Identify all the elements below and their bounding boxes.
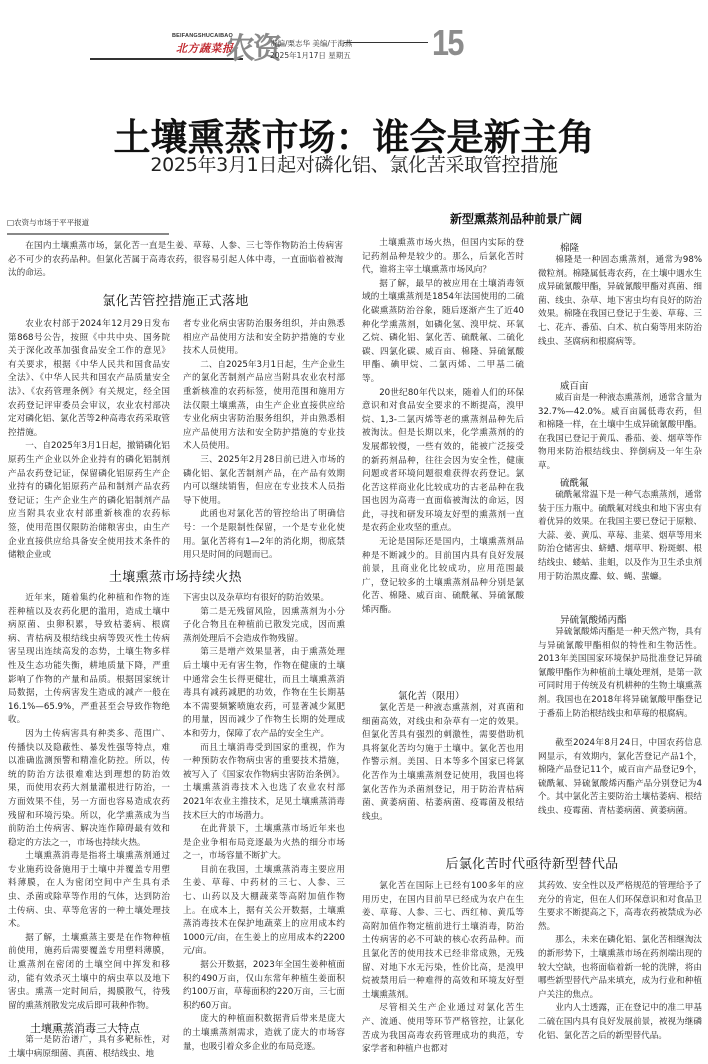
section2-column-2: 下害虫以及杂草均有很好的防治效果。 第二是无残留风险，因熏蒸剂为小分子化合物且在… (183, 592, 345, 1054)
byline-rule (7, 233, 169, 235)
product-text-aitc: 异硫氰酸烯丙酯是一种天然产物，具有与异硫氰酸甲酯相似的特性和生物活性。2013年… (538, 626, 702, 721)
section2-column-1: 近年来，随着集约化种植和作物的连茬种植以及农药化肥的滥用，造成土壤中病原菌、虫卵… (8, 592, 170, 1013)
subheadline: 2025年3月1日起对磷化铝、氯化苦采取管控措施 (0, 150, 708, 177)
paper-pinyin: BEIFANGSHUCAIBAO (172, 33, 233, 39)
paragraph: 此函也对氯化苦的管控给出了明确信号：一个是限制性保留，一个是专业化使用。氯化苦将… (183, 508, 345, 562)
paragraph: 20世纪80年代以来，随着人们的环保意识和对食品安全要求的不断提高，溴甲烷、1,… (362, 387, 524, 537)
section3-column-1: 土壤熏蒸市场火热，但国内实际的登记药剂品种是较少的。那么，后氯化苦时代，谁将主宰… (362, 237, 524, 618)
paragraph: 氯化苦在国际上已经有100多年的应用历史，在国内目前早已经成为农户在生姜、草莓、… (362, 880, 524, 1002)
product-text-chloropicrin: 氯化苦是一种液态熏蒸剂，对真菌和细菌高效，对线虫和杂草有一定的效果。但氯化苦具有… (362, 702, 524, 824)
paragraph: 业内人士透露，正在登记中的准二甲基二硫在国内具有良好发展前景，被视为继磷化铝、氯… (538, 1002, 702, 1043)
section-title-alternatives: 后氯化苦时代亟待新型替代品 (362, 853, 702, 872)
issue-date: 2025年1月17日 星期五 (270, 50, 351, 61)
section4-column-1: 氯化苦在国际上已经有100多年的应用历史，在国内目前早已经成为农户在生姜、草莓、… (362, 880, 524, 1057)
registration-summary: 截至2024年8月24日，中国农药信息网显示，有效期内，氯化苦登记产品1个，棉隆… (538, 737, 702, 819)
paragraph: 土壤熏蒸市场火热，但国内实际的登记药剂品种是较少的。那么，后氯化苦时代，谁将主宰… (362, 237, 524, 278)
product-title-sulfuryl-fluoride: 硫酰氟 (560, 475, 589, 489)
section-title-new-fumigants: 新型熏蒸剂品种前景广阔 (450, 210, 582, 227)
product-title-chloropicrin: 氯化苦（限用） (398, 688, 465, 702)
byline: □农资与市场于平平报道 (7, 217, 89, 228)
paragraph: 因为土传病害具有种类多、范围广、传播快以及隐蔽性、暴发性强等特点，难以准确监测预… (8, 728, 170, 850)
product-text-sulfuryl-fluoride: 硫酰氟常温下是一种气态熏蒸剂，通常装于压力瓶中。硫酰氟对线虫和地下害虫有着优异的… (538, 489, 702, 584)
masthead: BEIFANGSHUCAIBAO 北方蔬菜报 农资 责编/栗志华 美编/于海燕 … (0, 0, 708, 80)
section4-column-2: 其药效、安全性以及严格规范的管理给予了充分的肯定，但在人们环保意识和对食品卫生要… (538, 880, 702, 1043)
intro-text: 在国内土壤熏蒸市场，氯化苦一直是生姜、草莓、人参、三七等作物防治土传病害必不可少… (8, 240, 343, 281)
intro-paragraph: 在国内土壤熏蒸市场，氯化苦一直是生姜、草莓、人参、三七等作物防治土传病害必不可少… (8, 240, 343, 281)
paragraph: 二、自2025年3月1日起，生产企业生产的氯化苦制剂产品应当附具农业农村部重新核… (183, 359, 345, 454)
product-title-aitc: 异硫氰酸烯丙酯 (560, 612, 627, 626)
paragraph: 近年来，随着集约化种植和作物的连茬种植以及农药化肥的滥用，造成土壤中病原菌、虫卵… (8, 592, 170, 728)
paragraph: 氯化苦是一种液态熏蒸剂，对真菌和细菌高效，对线虫和杂草有一定的效果。但氯化苦具有… (362, 702, 524, 824)
paragraph: 尽管相关生产企业通过对氯化苦生产、流通、使用等环节严格管控，让氯化苦成为我国高毒… (362, 1002, 524, 1056)
masthead-rule-left (90, 58, 243, 60)
editors-credit: 责编/栗志华 美编/于海燕 (270, 38, 352, 49)
paragraph: 据公开数据，2023年全国生姜种植面积约490万亩，仅山东常年种植生姜面积约10… (183, 959, 345, 1013)
page-number: 15 (432, 22, 463, 64)
paper-logo: 北方蔬菜报 (176, 40, 234, 56)
section2-column-1-tail: 第一是防治谱广，具有多靶标性，对土壤中病原细菌、真菌、根结线虫、地 (8, 1034, 170, 1061)
section1-column-1: 农业农村部于2024年12月29日发布第868号公告，按照《中共中央、国务院关于… (8, 318, 170, 563)
paragraph: 者专业化病虫害防治服务组织，并由熟悉相应产品使用方法和安全防护措施的专业技术人员… (183, 318, 345, 359)
paragraph: 硫酰氟常温下是一种气态熏蒸剂，通常装于压力瓶中。硫酰氟对线虫和地下害虫有着优异的… (538, 489, 702, 584)
product-title-metam: 威百亩 (560, 378, 589, 392)
paragraph: 庞大的种植面积数据背后带来是庞大的土壤熏蒸剂需求，造就了庞大的市场容量，也吸引着… (183, 1013, 345, 1054)
masthead-rule-right (344, 42, 428, 43)
paragraph: 一、自2025年3月1日起，撤销磷化铝原药生产企业以外企业持有的磷化铝制剂产品农… (8, 440, 170, 562)
paragraph: 第一是防治谱广，具有多靶标性，对土壤中病原细菌、真菌、根结线虫、地 (8, 1034, 170, 1061)
paragraph: 在此背景下，土壤熏蒸市场近年来也是企业争相布局竞逐最为火热的细分市场之一，市场容… (183, 823, 345, 864)
paragraph: 第三是增产效果显著，由于熏蒸处理后土壤中无有害生物，作物在健康的土壤中通常会生长… (183, 646, 345, 741)
paragraph: 下害虫以及杂草均有很好的防治效果。 (183, 592, 345, 606)
paragraph: 威百亩是一种液态熏蒸剂，通常含量为32.7%—42.0%。威百亩属低毒农药，但和… (538, 392, 702, 474)
paragraph: 目前在我国，土壤熏蒸消毒主要应用生姜、草莓、中药材的三七、人参、三七、山药以及大… (183, 864, 345, 959)
paragraph: 据了解，最早的被应用在土壤消毒领域的土壤熏蒸剂是1854年法国使用的二硫化碳熏蒸… (362, 278, 524, 387)
product-text-metam: 威百亩是一种液态熏蒸剂，通常含量为32.7%—42.0%。威百亩属低毒农药，但和… (538, 392, 702, 474)
paragraph: 农业农村部于2024年12月29日发布第868号公告，按照《中共中央、国务院关于… (8, 318, 170, 440)
paragraph: 土壤熏蒸消毒是指将土壤熏蒸剂通过专业施药设备施用于土壤中并覆盖专用塑料薄膜，在人… (8, 850, 170, 932)
product-title-dazomet: 棉隆 (560, 240, 579, 254)
paragraph: 三、2025年2月28日前已进入市场的磷化铝、氯化苦制剂产品，在产品有效期内可以… (183, 454, 345, 508)
section-title-market-hot: 土壤熏蒸市场持续火热 (8, 566, 343, 585)
paragraph: 第二是无残留风险，因熏蒸剂为小分子化合物且在种植前已散发完成，因而熏蒸剂处理后不… (183, 606, 345, 647)
paragraph: 其药效、安全性以及严格规范的管理给予了充分的肯定，但在人们环保意识和对食品卫生要… (538, 880, 702, 934)
section1-column-2: 者专业化病虫害防治服务组织，并由熟悉相应产品使用方法和安全防护措施的专业技术人员… (183, 318, 345, 563)
paragraph: 棉隆是一种固态熏蒸剂，通常为98%微粒剂。棉隆属低毒农药，在土壤中遇水生成异硫氰… (538, 254, 702, 349)
section-title-control-measures: 氯化苦管控措施正式落地 (8, 290, 343, 309)
paragraph: 无论是国际还是国内，土壤熏蒸剂品种是不断减少的。目前国内具有良好发展前景，且商业… (362, 536, 524, 618)
paragraph: 那么，未来在磷化铝、氯化苦相继淘汰的新形势下，土壤熏蒸市场在药剂端出现的较大空缺… (538, 934, 702, 1002)
paragraph: 而且土壤消毒受到国家的重视，作为一种预防农作物病虫害的重要技术措施，被写入了《国… (183, 742, 345, 824)
paragraph: 截至2024年8月24日，中国农药信息网显示，有效期内，氯化苦登记产品1个，棉隆… (538, 737, 702, 819)
product-text-dazomet: 棉隆是一种固态熏蒸剂，通常为98%微粒剂。棉隆属低毒农药，在土壤中遇水生成异硫氰… (538, 254, 702, 349)
paragraph: 异硫氰酸烯丙酯是一种天然产物，具有与异硫氰酸甲酯相似的特性和生物活性。2013年… (538, 626, 702, 721)
paragraph: 据了解，土壤熏蒸主要是在作物种植前使用，施药后需要覆盖专用塑料薄膜，让熏蒸剂在密… (8, 932, 170, 1014)
